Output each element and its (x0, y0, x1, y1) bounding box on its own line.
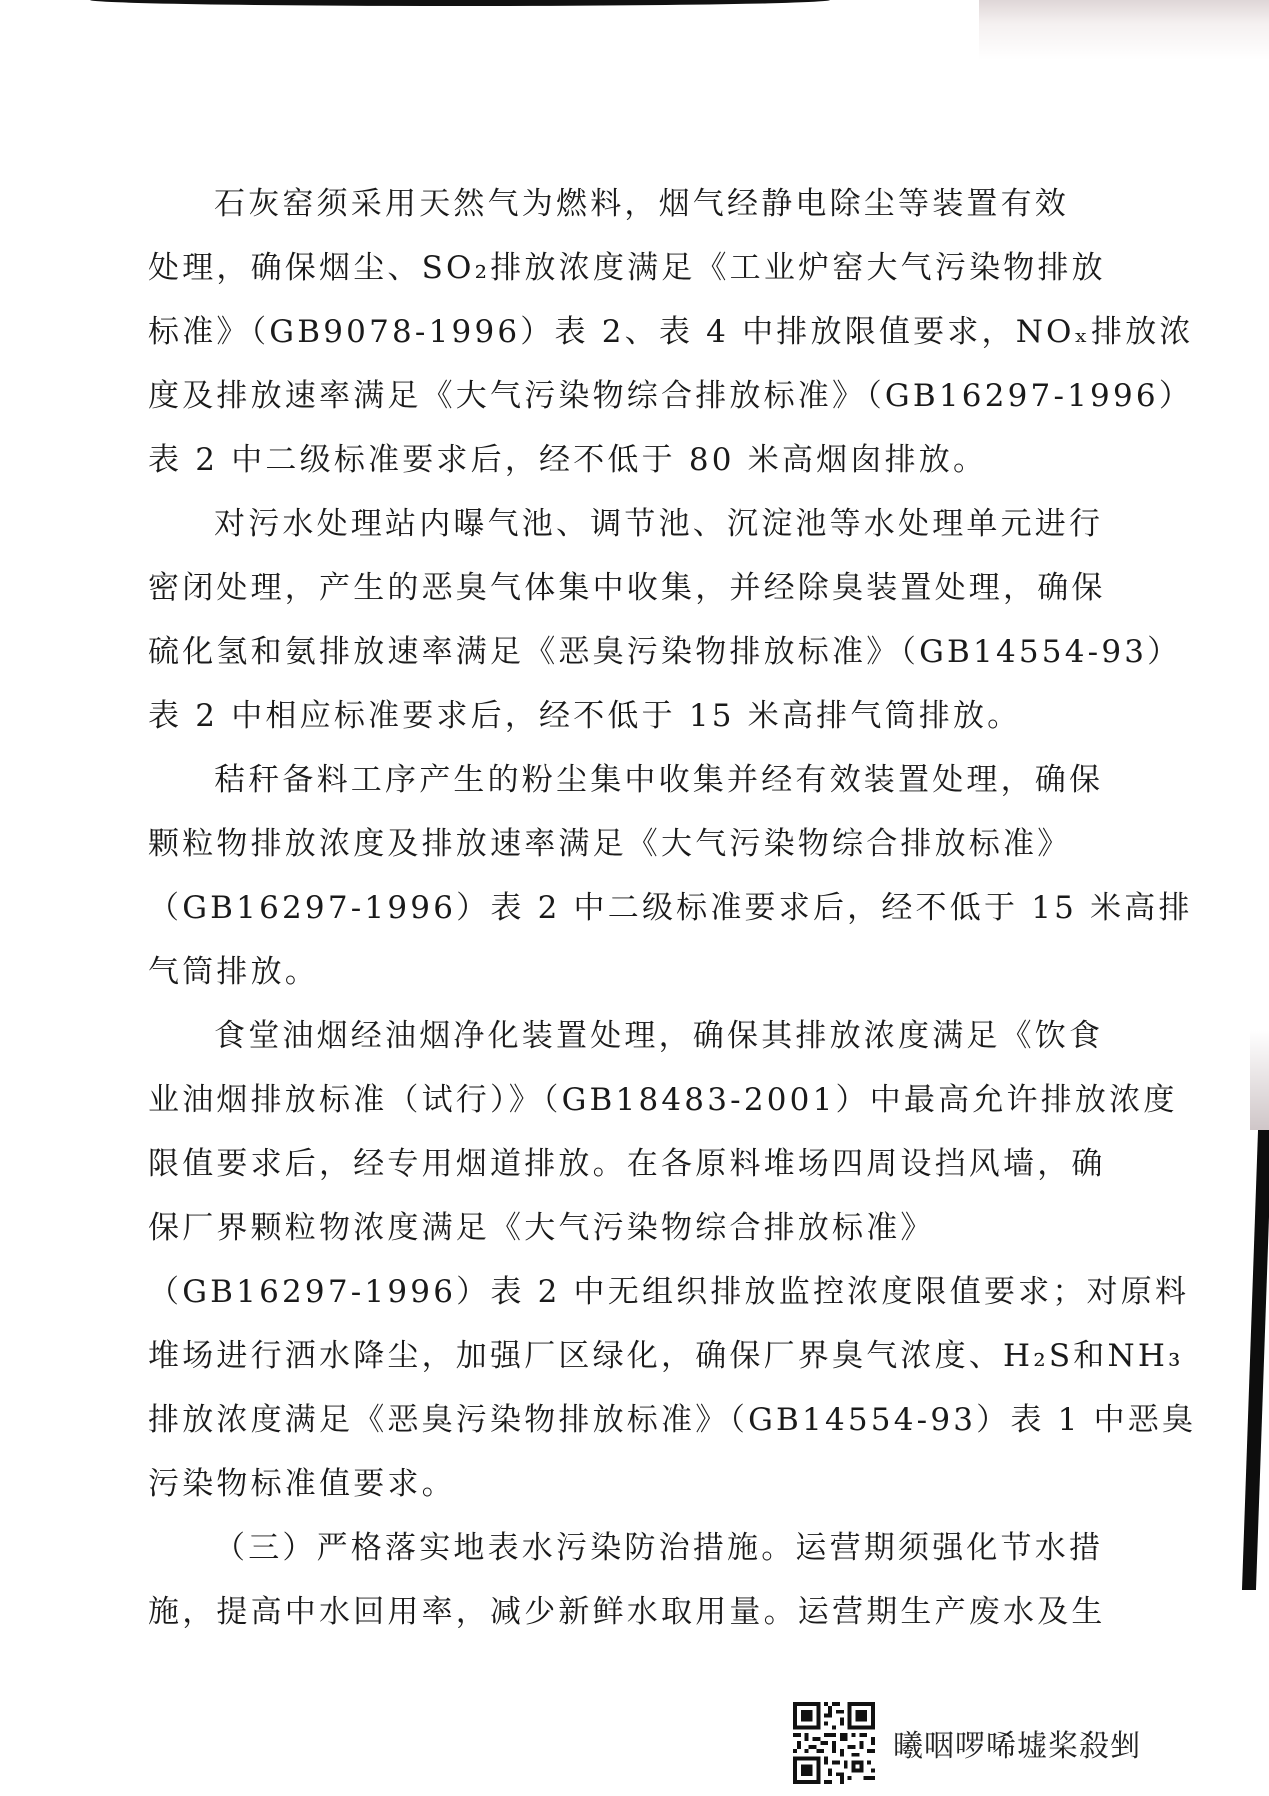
text-line: 表 2 中相应标准要求后，经不低于 15 米高排气筒排放。 (148, 684, 1114, 748)
text-line: 污染物标准值要求。 (148, 1452, 1114, 1516)
scan-right-edge (1242, 1130, 1269, 1590)
text-line: 堆场进行洒水降尘，加强厂区绿化，确保厂界臭气浓度、H₂S和NH₃ (148, 1324, 1114, 1388)
text-line: 硫化氢和氨排放速率满足《恶臭污染物排放标准》（GB14554-93） (148, 620, 1114, 684)
document-body: 石灰窑须采用天然气为燃料，烟气经静电除尘等装置有效 处理，确保烟尘、SO₂排放浓… (148, 172, 1114, 1644)
text-line: 表 2 中二级标准要求后，经不低于 80 米高烟囱排放。 (148, 428, 1114, 492)
scan-edge-fade (1250, 1030, 1269, 1130)
text-line: 颗粒物排放浓度及排放速率满足《大气污染物综合排放标准》 (148, 812, 1114, 876)
text-line: 限值要求后，经专用烟道排放。在各原料堆场四周设挡风墙，确 (148, 1132, 1114, 1196)
scan-top-shadow (90, 0, 830, 6)
scan-corner-stain (979, 0, 1269, 60)
text-line: 施，提高中水回用率，减少新鲜水取用量。运营期生产废水及生 (148, 1580, 1114, 1644)
text-line: （GB16297-1996）表 2 中二级标准要求后，经不低于 15 米高排 (148, 876, 1114, 940)
qr-code-icon[interactable] (793, 1702, 875, 1784)
text-line: 对污水处理站内曝气池、调节池、沉淀池等水处理单元进行 (148, 492, 1114, 556)
paragraph-surface-water: （三）严格落实地表水污染防治措施。运营期须强化节水措 施，提高中水回用率，减少新… (148, 1516, 1114, 1644)
text-line: 密闭处理，产生的恶臭气体集中收集，并经除臭装置处理，确保 (148, 556, 1114, 620)
text-line: 秸秆备料工序产生的粉尘集中收集并经有效装置处理，确保 (148, 748, 1114, 812)
paragraph-canteen-and-yard: 食堂油烟经油烟净化装置处理，确保其排放浓度满足《饮食 业油烟排放标准（试行）》（… (148, 1004, 1114, 1516)
text-line: （GB16297-1996）表 2 中无组织排放监控浓度限值要求；对原料 (148, 1260, 1114, 1324)
text-line: 度及排放速率满足《大气污染物综合排放标准》（GB16297-1996） (148, 364, 1114, 428)
text-line: 标准》（GB9078-1996）表 2、表 4 中排放限值要求，NOₓ排放浓 (148, 300, 1114, 364)
text-line: 保厂界颗粒物浓度满足《大气污染物综合排放标准》 (148, 1196, 1114, 1260)
text-line: 业油烟排放标准（试行）》（GB18483-2001）中最高允许排放浓度 (148, 1068, 1114, 1132)
paragraph-wastewater-station: 对污水处理站内曝气池、调节池、沉淀池等水处理单元进行 密闭处理，产生的恶臭气体集… (148, 492, 1114, 748)
paragraph-straw-prep: 秸秆备料工序产生的粉尘集中收集并经有效装置处理，确保 颗粒物排放浓度及排放速率满… (148, 748, 1114, 1004)
text-line: 石灰窑须采用天然气为燃料，烟气经静电除尘等装置有效 (148, 172, 1114, 236)
footer-text: 曦咽啰唏墟桨殺剉 (893, 1721, 1141, 1765)
text-line: 食堂油烟经油烟净化装置处理，确保其排放浓度满足《饮食 (148, 1004, 1114, 1068)
section-heading-line: （三）严格落实地表水污染防治措施。运营期须强化节水措 (148, 1516, 1114, 1580)
text-line: 气筒排放。 (148, 940, 1114, 1004)
text-line: 排放浓度满足《恶臭污染物排放标准》（GB14554-93）表 1 中恶臭 (148, 1388, 1114, 1452)
page-footer: 曦咽啰唏墟桨殺剉 (793, 1702, 1141, 1784)
text-line: 处理，确保烟尘、SO₂排放浓度满足《工业炉窑大气污染物排放 (148, 236, 1114, 300)
paragraph-lime-kiln: 石灰窑须采用天然气为燃料，烟气经静电除尘等装置有效 处理，确保烟尘、SO₂排放浓… (148, 172, 1114, 492)
